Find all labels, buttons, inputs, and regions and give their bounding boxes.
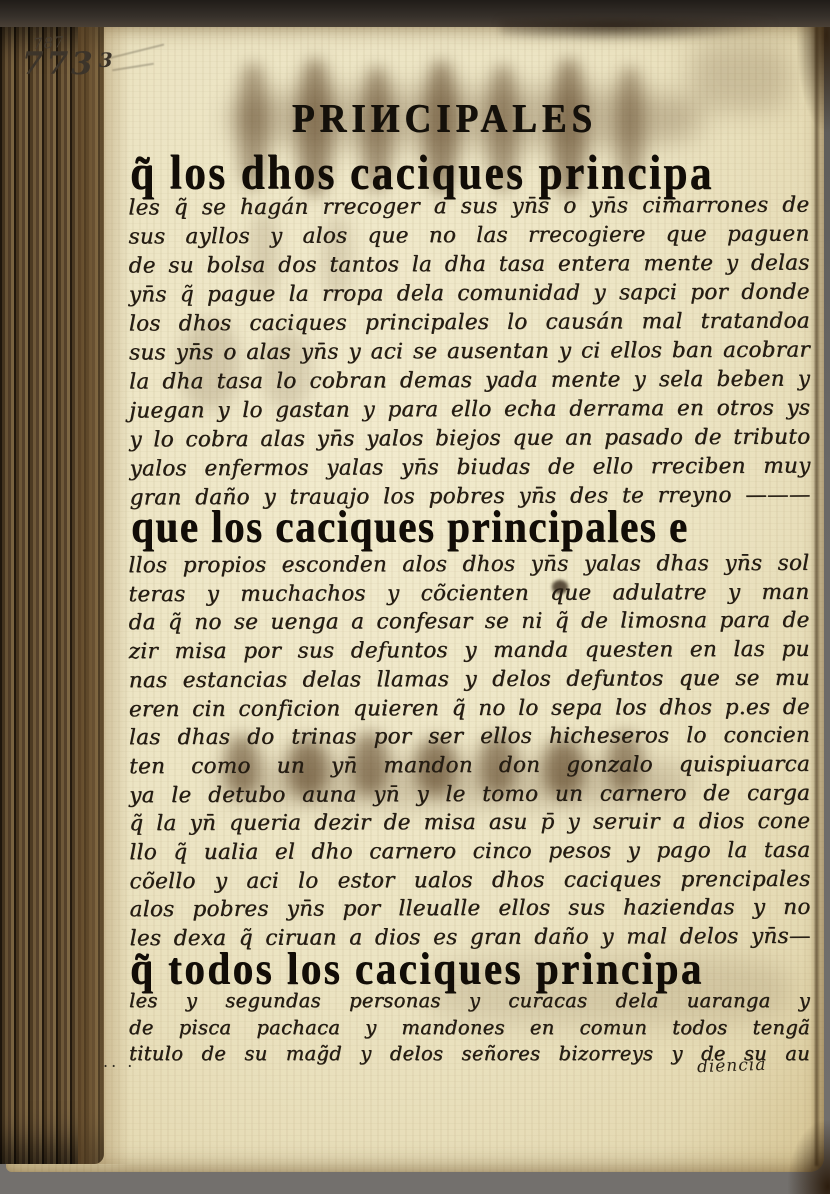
text-line: cõello y aci lo estor ualos dhos cacique… [129, 866, 810, 897]
text-line: teras y muchachos y cõcienten que adulat… [128, 579, 809, 610]
section-2-body: llos propios esconden alos dhos yn̄s yal… [128, 550, 810, 954]
text-line: zir misa por sus defuntos y manda queste… [129, 636, 810, 667]
text-line: les dexa q̃ ciruan a dios es gran daño y… [130, 923, 811, 954]
text-line: eren cin conficion quieren q̃ no lo sepa… [129, 693, 810, 724]
text-line: de pisca pachaca y mandones en comun tod… [129, 1015, 810, 1042]
page-crease [814, 26, 819, 1166]
text-line: ya le detubo auna yn̄ y le tomo un carne… [129, 779, 810, 810]
text-line: llos propios esconden alos dhos yn̄s yal… [128, 550, 809, 581]
margin-dots: .. . [103, 1052, 135, 1071]
folio-number-superscript: 3 [99, 48, 116, 72]
text-line: los dhos caciques principales lo causán … [129, 307, 810, 339]
text-line: ten como un yn̄ mandon don gonzalo quisp… [129, 751, 810, 782]
text-line: llo q̃ ualia el dho carnero cinco pesos … [129, 837, 810, 868]
section-1-body: les q̃ se hagán rrecoger a sus yn̄s o yn… [128, 191, 810, 513]
text-line: las dhas do trinas por ser ellos hichese… [129, 722, 810, 753]
catchword: diencia [697, 1055, 767, 1077]
text-line: q̃ la yn̄ queria dezir de misa asu p̄ y … [129, 808, 810, 839]
text-line: yn̄s q̃ pague la rropa dela comunidad y … [129, 278, 810, 310]
manuscript-scan: 787 7733 PRIИCIPALES q̃ los dhos cacique… [0, 0, 830, 1194]
text-line: les y segundas personas y curacas dela u… [129, 988, 810, 1015]
folio-number: 7733 [22, 46, 113, 82]
gutter-shadow [78, 24, 130, 1164]
text-line: yalos enfermos yalas yn̄s biudas de ello… [129, 452, 810, 484]
scan-top-edge-smudge [500, 20, 780, 42]
text-line: nas estancias delas llamas y delos defun… [129, 665, 810, 696]
text-line: les q̃ se hagán rrecoger a sus yn̄s o yn… [128, 191, 809, 223]
text-line: alos pobres yn̄s por lleualle ellos sus … [130, 894, 811, 925]
text-line: da q̃ no se uenga a confesar se ni q̃ de… [129, 607, 810, 638]
folio-number-value: 773 [22, 46, 96, 82]
text-line: la dha tasa lo cobran demas yada mente y… [129, 365, 810, 397]
text-line: sus ayllos y alos que no las rrecogiere … [128, 220, 809, 252]
text-line: juegan y lo gastan y para ello echa derr… [129, 394, 810, 426]
page-title: PRIИCIPALES [292, 96, 597, 142]
page-corner-stain-top [796, 24, 830, 134]
page-corner-stain-bottom [788, 1120, 830, 1194]
ink-bleed-band [690, 42, 790, 112]
text-line: y lo cobra alas yn̄s yalos biejos que an… [129, 423, 810, 455]
text-line: gran daño y trauajo los pobres yn̄s des … [130, 481, 811, 513]
section-3-body: les y segundas personas y curacas dela u… [129, 988, 810, 1068]
text-line: sus yn̄s o alas yn̄s y aci se ausentan y… [129, 336, 810, 368]
text-line: de su bolsa dos tantos la dha tasa enter… [129, 249, 810, 281]
